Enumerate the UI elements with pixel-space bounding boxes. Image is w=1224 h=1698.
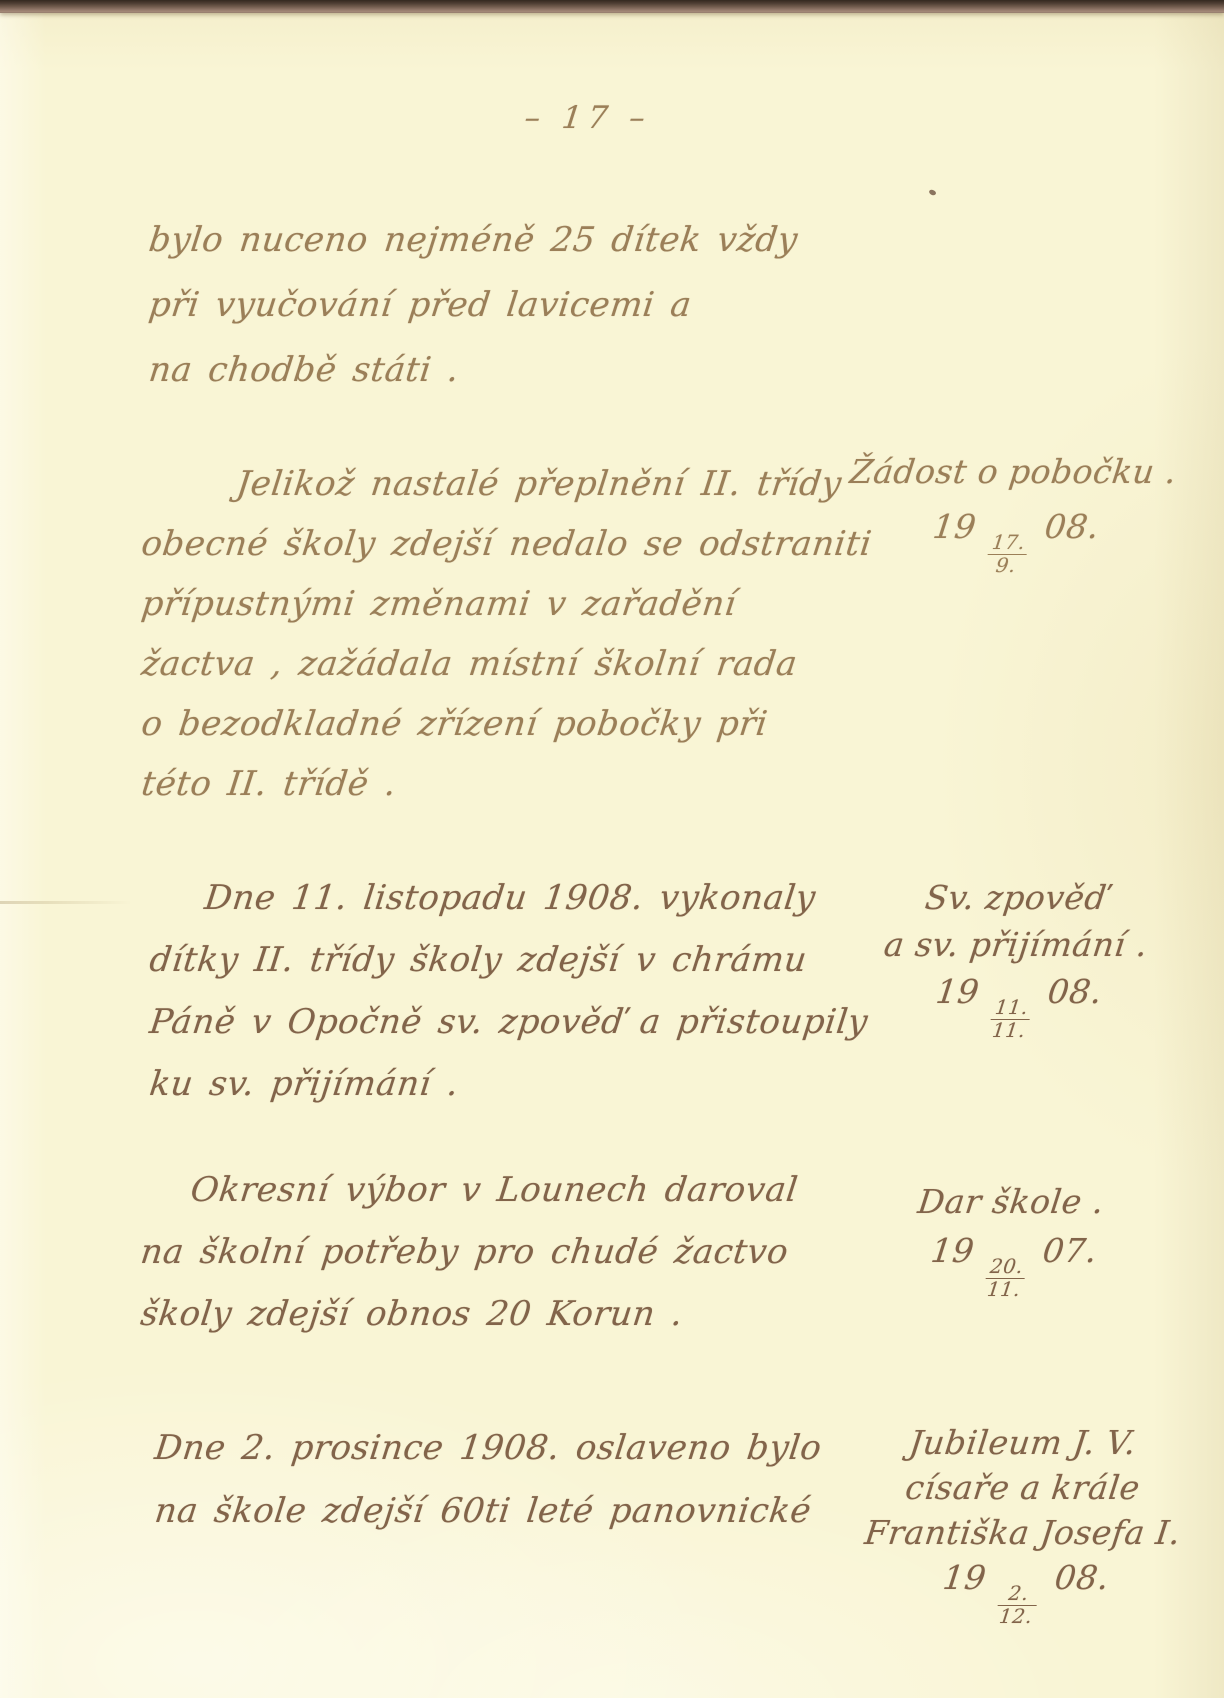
text-line: školy zdejší obnos 20 Korun .	[137, 1283, 802, 1345]
margin-date: 19 2. 12. 08.	[825, 1555, 1224, 1627]
note-title-line: Sv. zpověď	[848, 874, 1184, 921]
note-title-line: Žádost o pobočku .	[845, 444, 1182, 499]
text-line: Okresní výbor v Lounech daroval	[137, 1159, 802, 1221]
paper-crease	[0, 901, 132, 904]
text-line: této II. třídě .	[138, 754, 875, 814]
text-line: na školní potřeby pro chudé žactvo	[137, 1221, 802, 1283]
date-month: 9.	[985, 555, 1027, 576]
text-line: při vyučování před lavicemi a	[145, 273, 801, 338]
margin-note-3: Dar škole . 19 20. 11. 07.	[858, 1177, 1158, 1300]
margin-note-2: Sv. zpověď a sv. přijímání . 19 11. 11. …	[848, 874, 1178, 1041]
page-number: – 17 –	[520, 96, 656, 141]
text-line: ku sv. přijímání .	[146, 1053, 872, 1115]
date-month: 11.	[988, 1020, 1030, 1041]
note-title-line: Františka Josefa I.	[825, 1510, 1221, 1555]
text-line: bylo nuceno nejméně 25 dítek vždy	[145, 208, 801, 273]
margin-note-4: Jubileum J. V. císaře a krále Františka …	[825, 1420, 1215, 1627]
date-year: 07.	[1041, 1231, 1100, 1270]
margin-date: 19 11. 11. 08.	[848, 968, 1187, 1041]
date-month: 12.	[995, 1606, 1037, 1627]
margin-date: 19 17. 9. 08.	[845, 499, 1184, 576]
manuscript-page: – 17 – bylo nuceno nejméně 25 dítek vždy…	[0, 0, 1224, 1698]
paragraph-1: bylo nuceno nejméně 25 dítek vždy při vy…	[145, 208, 794, 403]
paragraph-5: Dne 2. prosince 1908. oslaveno bylo na š…	[151, 1417, 818, 1543]
text-line: žactva , zažádala místní školní rada	[138, 634, 875, 694]
paragraph-4: Okresní výbor v Lounech daroval na školn…	[137, 1159, 794, 1345]
date-day: 2.	[998, 1584, 1040, 1606]
binding-edge	[0, 0, 1224, 13]
date-fraction: 2. 12.	[995, 1584, 1039, 1627]
date-day: 20.	[986, 1257, 1028, 1279]
text-line: Jelikož nastalé přeplnění II. třídy	[138, 454, 875, 514]
date-month: 11.	[983, 1279, 1025, 1300]
margin-note-1: Žádost o pobočku . 19 17. 9. 08.	[845, 444, 1175, 576]
date-century: 19	[934, 972, 982, 1011]
date-year: 08.	[1053, 1558, 1112, 1597]
date-fraction: 11. 11.	[988, 998, 1032, 1041]
text-line: dítky II. třídy školy zdejší v chrámu	[146, 929, 872, 991]
text-line: na chodbě státi .	[145, 338, 801, 403]
text-line: obecné školy zdejší nedalo se odstraniti	[138, 514, 875, 574]
note-title-line: a sv. přijímání .	[848, 921, 1184, 968]
date-fraction: 17. 9.	[985, 533, 1029, 576]
date-year: 08.	[1043, 507, 1102, 546]
margin-date: 19 20. 11. 07.	[858, 1226, 1167, 1300]
text-line: Páně v Opočně sv. zpověď a přistoupily	[146, 991, 872, 1053]
date-day: 11.	[991, 998, 1033, 1020]
text-line: Dne 11. listopadu 1908. vykonaly	[146, 867, 872, 929]
note-title-line: císaře a krále	[825, 1465, 1221, 1510]
text-line: o bezodkladné zřízení pobočky při	[138, 694, 875, 754]
date-year: 08.	[1046, 972, 1105, 1011]
date-century: 19	[941, 1558, 989, 1597]
date-fraction: 20. 11.	[983, 1257, 1027, 1300]
date-day: 17.	[988, 533, 1030, 555]
note-title-line: Dar škole .	[858, 1177, 1164, 1226]
text-line: Dne 2. prosince 1908. oslaveno bylo	[151, 1417, 825, 1480]
date-century: 19	[929, 1231, 977, 1270]
text-line: přípustnými změnami v zařadění	[138, 574, 875, 634]
paragraph-3: Dne 11. listopadu 1908. vykonaly dítky I…	[146, 867, 864, 1115]
date-century: 19	[931, 507, 979, 546]
text-line: na škole zdejší 60ti leté panovnické	[151, 1480, 825, 1543]
paragraph-2: Jelikož nastalé přeplnění II. třídy obec…	[138, 454, 868, 814]
note-title-line: Jubileum J. V.	[825, 1420, 1221, 1465]
ink-speck	[928, 188, 937, 196]
